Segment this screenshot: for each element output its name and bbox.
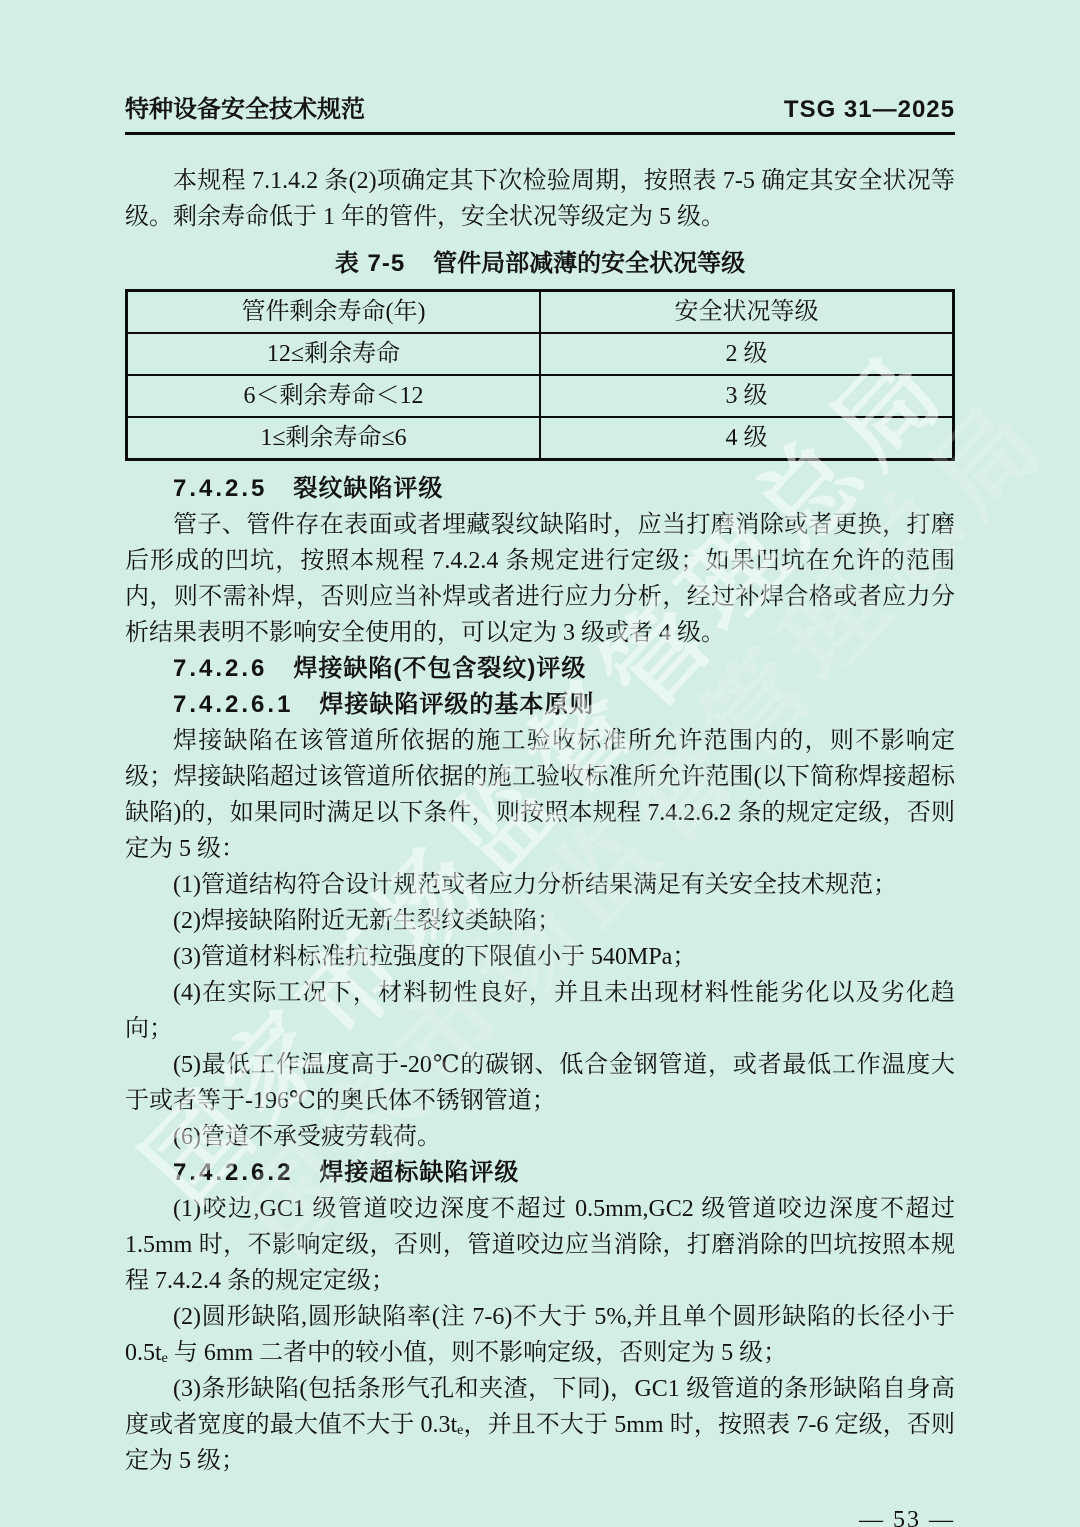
table-row: 1≤剩余寿命≤6 4 级 bbox=[127, 417, 954, 460]
list-item: (3)管道材料标准抗拉强度的下限值小于 540MPa； bbox=[125, 939, 955, 975]
list-item: (3)条形缺陷(包括条形气孔和夹渣，下同)，GC1 级管道的条形缺陷自身高度或者… bbox=[125, 1371, 955, 1479]
list-item: (5)最低工作温度高于-20℃的碳钢、低合金钢管道，或者最低工作温度大于或者等于… bbox=[125, 1047, 955, 1119]
doc-title: 特种设备安全技术规范 bbox=[125, 96, 365, 124]
table-cell: 6＜剩余寿命＜12 bbox=[127, 375, 541, 417]
table-caption: 表 7-5管件局部减薄的安全状况等级 bbox=[125, 243, 955, 285]
safety-grade-table: 管件剩余寿命(年) 安全状况等级 12≤剩余寿命 2 级 6＜剩余寿命＜12 3… bbox=[125, 289, 955, 461]
list-item: (4)在实际工况下，材料韧性良好，并且未出现材料性能劣化以及劣化趋向； bbox=[125, 975, 955, 1047]
section-number: 7.4.2.6.1 bbox=[173, 691, 293, 718]
doc-code: TSG 31—2025 bbox=[784, 96, 955, 124]
table-cell: 3 级 bbox=[540, 375, 954, 417]
table-row: 12≤剩余寿命 2 级 bbox=[127, 333, 954, 375]
list-item: (2)焊接缺陷附近无新生裂纹类缺陷； bbox=[125, 903, 955, 939]
section-title: 焊接超标缺陷评级 bbox=[319, 1159, 519, 1186]
document-body: 本规程 7.1.4.2 条(2)项确定其下次检验周期，按照表 7-5 确定其安全… bbox=[125, 163, 955, 1527]
page-number: — 53 — bbox=[125, 1505, 955, 1527]
section-title: 焊接缺陷评级的基本原则 bbox=[319, 691, 594, 718]
section-heading: 7.4.2.6.2焊接超标缺陷评级 bbox=[125, 1155, 955, 1191]
intro-paragraph: 本规程 7.1.4.2 条(2)项确定其下次检验周期，按照表 7-5 确定其安全… bbox=[125, 163, 955, 235]
list-item: (1)管道结构符合设计规范或者应力分析结果满足有关安全技术规范； bbox=[125, 867, 955, 903]
section-number: 7.4.2.6 bbox=[173, 655, 267, 682]
table-caption-title: 管件局部减薄的安全状况等级 bbox=[433, 250, 745, 277]
section-heading: 7.4.2.6焊接缺陷(不包含裂纹)评级 bbox=[125, 651, 955, 687]
table-cell: 1≤剩余寿命≤6 bbox=[127, 417, 541, 460]
table-header-row: 管件剩余寿命(年) 安全状况等级 bbox=[127, 291, 954, 334]
table-caption-number: 表 7-5 bbox=[335, 250, 405, 277]
section-number: 7.4.2.6.2 bbox=[173, 1159, 293, 1186]
table-header-cell: 管件剩余寿命(年) bbox=[127, 291, 541, 334]
table-row: 6＜剩余寿命＜12 3 级 bbox=[127, 375, 954, 417]
page-header: 特种设备安全技术规范 TSG 31—2025 bbox=[125, 96, 955, 135]
body-paragraph: 焊接缺陷在该管道所依据的施工验收标准所允许范围内的，则不影响定级；焊接缺陷超过该… bbox=[125, 723, 955, 867]
section-title: 焊接缺陷(不包含裂纹)评级 bbox=[293, 655, 586, 682]
table-cell: 12≤剩余寿命 bbox=[127, 333, 541, 375]
table-cell: 4 级 bbox=[540, 417, 954, 460]
section-number: 7.4.2.5 bbox=[173, 475, 267, 502]
section-title: 裂纹缺陷评级 bbox=[293, 475, 443, 502]
table-cell: 2 级 bbox=[540, 333, 954, 375]
list-item: (2)圆形缺陷,圆形缺陷率(注 7-6)不大于 5%,并且单个圆形缺陷的长径小于… bbox=[125, 1299, 955, 1371]
body-paragraph: 管子、管件存在表面或者埋藏裂纹缺陷时，应当打磨消除或者更换，打磨后形成的凹坑，按… bbox=[125, 507, 955, 651]
list-item: (1)咬边,GC1 级管道咬边深度不超过 0.5mm,GC2 级管道咬边深度不超… bbox=[125, 1191, 955, 1299]
document-page: 特种设备安全技术规范 TSG 31—2025 本规程 7.1.4.2 条(2)项… bbox=[0, 0, 1080, 1527]
list-item: (6)管道不承受疲劳载荷。 bbox=[125, 1119, 955, 1155]
section-heading: 7.4.2.5裂纹缺陷评级 bbox=[125, 471, 955, 507]
table-header-cell: 安全状况等级 bbox=[540, 291, 954, 334]
sections: 7.4.2.5裂纹缺陷评级 管子、管件存在表面或者埋藏裂纹缺陷时，应当打磨消除或… bbox=[125, 471, 955, 1479]
section-heading: 7.4.2.6.1焊接缺陷评级的基本原则 bbox=[125, 687, 955, 723]
